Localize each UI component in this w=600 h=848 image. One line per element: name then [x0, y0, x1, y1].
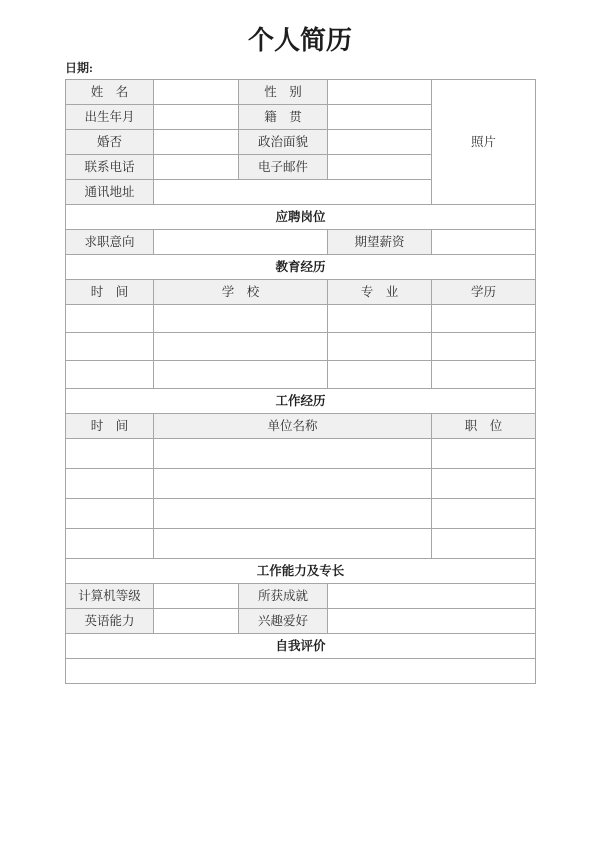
field-value-birthdate	[154, 105, 239, 130]
work-empty-row	[66, 529, 536, 559]
work-empty-row	[66, 469, 536, 499]
section-header-skills: 工作能力及专长	[66, 559, 536, 584]
field-value-native-place	[328, 105, 432, 130]
section-header-work-experience: 工作经历	[66, 389, 536, 414]
section-row-job: 应聘岗位	[66, 205, 536, 230]
education-cell-degree	[432, 305, 536, 333]
self-evaluation-body-row	[66, 659, 536, 684]
education-cell-major	[328, 333, 432, 361]
field-label-gender: 性 别	[239, 80, 328, 105]
section-row-education: 教育经历	[66, 255, 536, 280]
work-cell-time	[66, 439, 154, 469]
date-label: 日期:	[65, 61, 600, 75]
field-value-computer-level	[154, 584, 239, 609]
education-cell-school	[154, 333, 328, 361]
work-col-company: 单位名称	[154, 414, 432, 439]
field-label-address: 通讯地址	[66, 180, 154, 205]
section-header-education: 教育经历	[66, 255, 536, 280]
field-value-job-intention	[154, 230, 328, 255]
work-cell-company	[154, 529, 432, 559]
education-cell-degree	[432, 361, 536, 389]
field-label-expected-salary: 期望薪资	[328, 230, 432, 255]
photo-placeholder: 照片	[432, 80, 536, 205]
field-value-marital-status	[154, 130, 239, 155]
education-empty-row	[66, 333, 536, 361]
section-row-self-evaluation: 自我评价	[66, 634, 536, 659]
work-cell-time	[66, 469, 154, 499]
education-cell-major	[328, 361, 432, 389]
section-header-job-position: 应聘岗位	[66, 205, 536, 230]
field-label-hobbies: 兴趣爱好	[239, 609, 328, 634]
field-value-english-ability	[154, 609, 239, 634]
field-label-achievements: 所获成就	[239, 584, 328, 609]
education-cell-time	[66, 361, 154, 389]
skills-row-computer-achievement: 计算机等级 所获成就	[66, 584, 536, 609]
field-value-gender	[328, 80, 432, 105]
work-cell-company	[154, 439, 432, 469]
education-col-major: 专 业	[328, 280, 432, 305]
field-label-job-intention: 求职意向	[66, 230, 154, 255]
skills-row-english-hobby: 英语能力 兴趣爱好	[66, 609, 536, 634]
work-cell-time	[66, 529, 154, 559]
work-cell-position	[432, 499, 536, 529]
page-title: 个人简历	[0, 0, 600, 58]
self-evaluation-content	[66, 659, 536, 684]
education-cell-degree	[432, 333, 536, 361]
education-cell-school	[154, 305, 328, 333]
education-col-degree: 学历	[432, 280, 536, 305]
field-label-computer-level: 计算机等级	[66, 584, 154, 609]
work-cell-position	[432, 469, 536, 499]
work-cell-time	[66, 499, 154, 529]
resume-page: 个人简历 日期: 姓 名 性 别 照片 出生年月 籍 贯	[0, 0, 600, 848]
section-row-work: 工作经历	[66, 389, 536, 414]
section-row-skills: 工作能力及专长	[66, 559, 536, 584]
work-column-header-row: 时 间 单位名称 职 位	[66, 414, 536, 439]
work-cell-position	[432, 529, 536, 559]
work-cell-position	[432, 439, 536, 469]
education-cell-school	[154, 361, 328, 389]
education-cell-major	[328, 305, 432, 333]
job-intention-row: 求职意向 期望薪资	[66, 230, 536, 255]
field-value-hobbies	[328, 609, 536, 634]
field-label-native-place: 籍 贯	[239, 105, 328, 130]
education-empty-row	[66, 361, 536, 389]
field-value-achievements	[328, 584, 536, 609]
work-cell-company	[154, 499, 432, 529]
field-label-name: 姓 名	[66, 80, 154, 105]
education-cell-time	[66, 333, 154, 361]
education-empty-row	[66, 305, 536, 333]
work-cell-company	[154, 469, 432, 499]
education-cell-time	[66, 305, 154, 333]
section-header-self-evaluation: 自我评价	[66, 634, 536, 659]
field-label-phone: 联系电话	[66, 155, 154, 180]
field-label-marital-status: 婚否	[66, 130, 154, 155]
field-label-english-ability: 英语能力	[66, 609, 154, 634]
field-value-email	[328, 155, 432, 180]
field-label-political-status: 政治面貌	[239, 130, 328, 155]
education-col-school: 学 校	[154, 280, 328, 305]
field-value-political-status	[328, 130, 432, 155]
resume-table: 姓 名 性 别 照片 出生年月 籍 贯 婚否 政治面貌 联系电话	[65, 79, 536, 684]
work-col-position: 职 位	[432, 414, 536, 439]
work-col-time: 时 间	[66, 414, 154, 439]
work-empty-row	[66, 439, 536, 469]
education-column-header-row: 时 间 学 校 专 业 学历	[66, 280, 536, 305]
field-label-email: 电子邮件	[239, 155, 328, 180]
field-value-phone	[154, 155, 239, 180]
field-value-expected-salary	[432, 230, 536, 255]
field-label-birthdate: 出生年月	[66, 105, 154, 130]
field-value-address	[154, 180, 432, 205]
field-value-name	[154, 80, 239, 105]
work-empty-row	[66, 499, 536, 529]
education-col-time: 时 间	[66, 280, 154, 305]
personal-row-name-gender: 姓 名 性 别 照片	[66, 80, 536, 105]
